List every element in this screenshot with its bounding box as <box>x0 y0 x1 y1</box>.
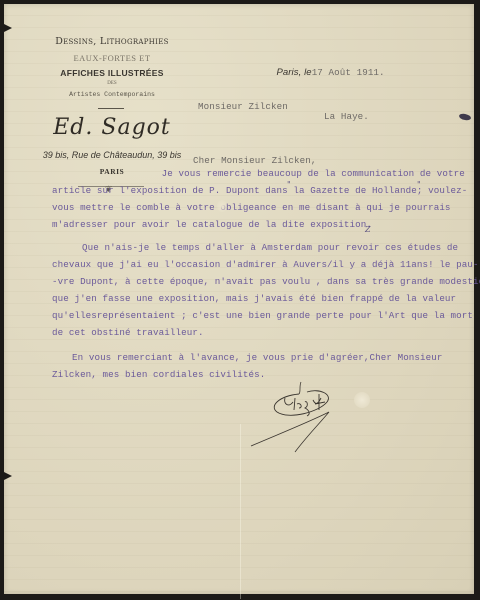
handwritten-signature-icon <box>249 376 369 456</box>
letterhead-artistes: Artistes Contemporains <box>32 91 192 98</box>
body-line-12: Zilcken, mes bien cordiales civilités. <box>52 369 265 380</box>
date-value: 17 Août 1911. <box>312 67 385 78</box>
recipient-name: Monsieur Zilcken <box>198 101 288 112</box>
body-line-8: que j'en fasse une exposition, mais j'av… <box>52 293 456 304</box>
body-line-4: m'adresser pour avoir le catalogue de la… <box>52 219 372 230</box>
body-line-9: qu'ellesreprésentaient ; c'est une bien … <box>52 310 473 321</box>
body-line-2: article sur l'exposition de P. Dupont da… <box>52 185 467 196</box>
letterhead-eaux-fortes: EAUX-FORTES ET <box>32 53 192 63</box>
letterhead-business-name: Ed. Sagot <box>32 115 192 140</box>
body-line-6: chevaux que j'ai eu l'occasion d'admirer… <box>52 259 479 270</box>
letter-page: Dessins, Lithographies EAUX-FORTES ET AF… <box>4 4 474 594</box>
handwritten-quote-close: " <box>417 180 421 189</box>
handwritten-quote-open: " <box>287 180 291 189</box>
body-line-5: Que n'ais-je le temps d'aller à Amsterda… <box>82 242 458 253</box>
ink-blot <box>459 113 472 121</box>
paper-stain <box>217 200 227 212</box>
page-edge-notch <box>0 470 12 482</box>
letterhead-des: DES <box>32 81 192 86</box>
salutation: Cher Monsieur Zilcken, <box>193 155 317 166</box>
handwritten-z-mark: Z <box>365 225 371 234</box>
date-place: Paris, le <box>276 67 311 78</box>
letter-date: Paris, le17 Août 1911. <box>254 56 385 89</box>
body-line-10: de cet obstiné travailleur. <box>52 327 204 338</box>
body-line-1: Je vous remercie beaucoup de la communic… <box>128 168 465 179</box>
body-line-7: -vre Dupont, à cette époque, n'avait pas… <box>52 276 480 287</box>
letterhead-divider <box>98 108 124 109</box>
letterhead-trade-line: Dessins, Lithographies <box>32 36 192 47</box>
body-line-11: En vous remerciant à l'avance, je vous p… <box>72 352 442 363</box>
recipient-city: La Haye. <box>324 111 369 122</box>
paper-fold-line <box>240 424 241 599</box>
letterhead-affiches: AFFICHES ILLUSTRÉES <box>32 68 192 78</box>
page-edge-notch <box>0 22 12 34</box>
letterhead-address: 39 bis, Rue de Châteaudun, 39 bis <box>32 150 192 160</box>
body-line-3: vous mettre le comble à votre obligeance… <box>52 202 451 213</box>
